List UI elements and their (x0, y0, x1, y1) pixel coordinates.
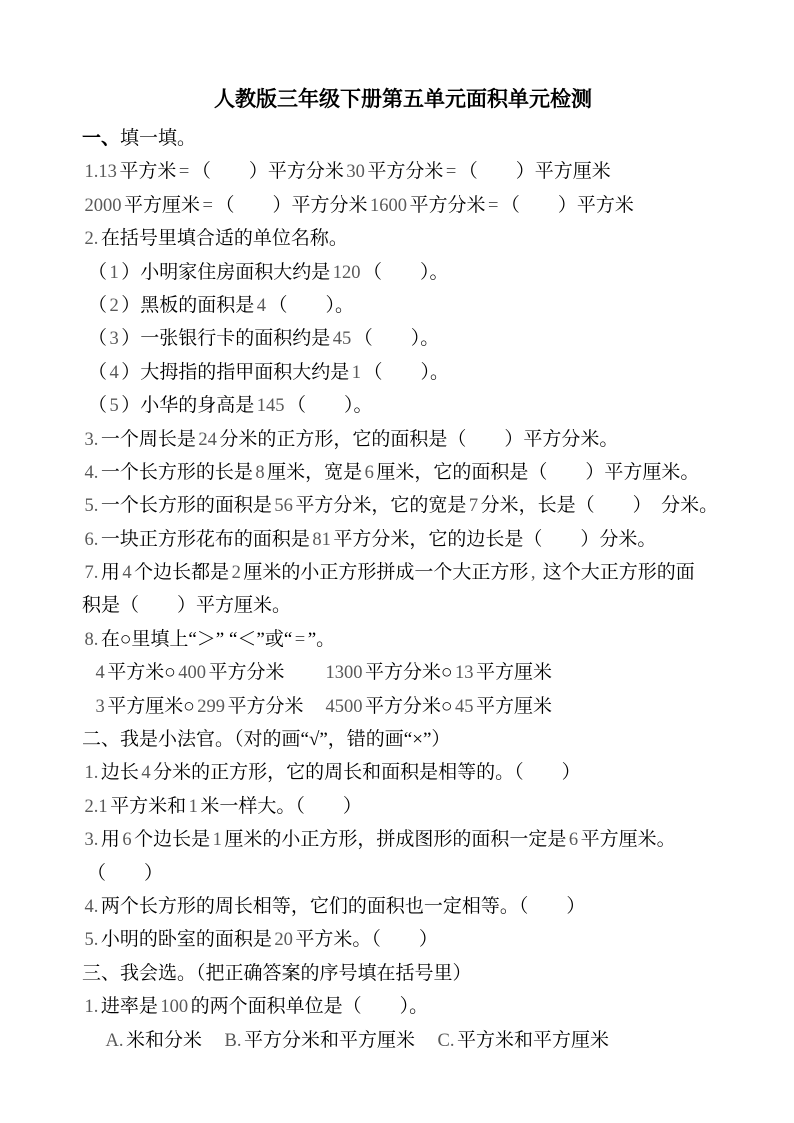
question-line: 4.一个长方形的长是8厘米，宽是6厘米，它的面积是（ ）平方厘米。 (82, 456, 724, 489)
sub-question-line: （3）一张银行卡的面积约是45（ ）。 (82, 322, 724, 355)
judge-question-line: 2.1平方米和1米一样大。（ ） (82, 790, 724, 823)
question-line-wrap-first: 7.用4个边长都是2厘米的小正方形拼成一个大正方形, 这个大正方形的面 (82, 556, 724, 589)
question-line-wrap-second: 积是（ ）平方厘米。 (82, 589, 724, 622)
question-line: 3.一个周长是24分米的正方形，它的面积是（ ）平方分米。 (82, 423, 724, 456)
worksheet-page: 人教版三年级下册第五单元面积单元检测 一、填一填。 1.13平方米=（ ）平方分… (0, 0, 794, 1123)
section-3-header: 三、我会选。（把正确答案的序号填在括号里） (82, 957, 724, 990)
conversion-right: 1600平方分米=（ ）平方米 (367, 195, 633, 216)
compare-left: 4平方米○400平方分米 (93, 656, 323, 690)
question-line-unit-conversion-2: 2000平方厘米=（ ）平方分米1600平方分米=（ ）平方米 (82, 189, 724, 222)
section-3-label: 我会选。（把正确答案的序号填在括号里） (120, 963, 472, 984)
conversion-left: 1.13平方米=（ ）平方分米 (82, 155, 344, 189)
option-b: B.平方分米和平方厘米 (222, 1030, 415, 1051)
section-1-label: 填一填。 (120, 128, 196, 149)
sub-question-line: （4）大拇指的指甲面积大约是1（ ）。 (82, 356, 724, 389)
question-line-compare-prompt: 8.在○里填上“＞” “＜”或“=”。 (82, 623, 724, 656)
sub-question-line: （1）小明家住房面积大约是120（ ）。 (82, 256, 724, 289)
compare-right: 1300平方分米○13平方厘米 (323, 662, 552, 683)
conversion-right: 30平方分米=（ ）平方厘米 (344, 161, 611, 182)
section-2-marker: 二、 (82, 729, 120, 750)
section-2-label: 我是小法官。（对的画“√”，错的画“×”） (120, 729, 450, 750)
compare-left: 3平方厘米○299平方分米 (93, 690, 323, 724)
question-line: 6.一块正方形花布的面积是81平方分米，它的边长是（ ）分米。 (82, 523, 724, 556)
section-1-header: 一、填一填。 (82, 122, 724, 155)
option-a: A.米和分米 (103, 1030, 202, 1051)
option-c: C.平方米和平方厘米 (435, 1030, 609, 1051)
compare-right: 4500平方分米○45平方厘米 (323, 696, 552, 717)
choice-options-line: A.米和分米B.平方分米和平方厘米C.平方米和平方厘米 (82, 1024, 724, 1057)
compare-line-2: 3平方厘米○299平方分米4500平方分米○45平方厘米 (82, 690, 724, 723)
judge-question-line-wrap-second: （ ） (82, 857, 724, 890)
sub-question-line: （2）黑板的面积是4（ ）。 (82, 289, 724, 322)
judge-question-line-wrap-first: 3.用6个边长是1厘米的小正方形，拼成图形的面积一定是6平方厘米。 (82, 823, 724, 856)
choice-question-line: 1.进率是100的两个面积单位是（ ）。 (82, 990, 724, 1023)
question-line: 5.一个长方形的面积是56平方分米，它的宽是7分米，长是（ ） 分米。 (82, 489, 724, 522)
section-1-marker: 一、 (82, 128, 120, 149)
worksheet-title: 人教版三年级下册第五单元面积单元检测 (82, 84, 724, 114)
judge-question-line: 4.两个长方形的周长相等，它们的面积也一定相等。（ ） (82, 890, 724, 923)
judge-question-line: 5.小明的卧室的面积是20平方米。（ ） (82, 923, 724, 956)
question-line-units-prompt: 2.在括号里填合适的单位名称。 (82, 222, 724, 255)
conversion-left: 2000平方厘米=（ ）平方分米 (82, 189, 367, 223)
judge-question-line: 1.边长4分米的正方形，它的周长和面积是相等的。（ ） (82, 756, 724, 789)
question-line-unit-conversion-1: 1.13平方米=（ ）平方分米30平方分米=（ ）平方厘米 (82, 155, 724, 188)
sub-question-line: （5）小华的身高是145（ ）。 (82, 389, 724, 422)
section-2-header: 二、我是小法官。（对的画“√”，错的画“×”） (82, 723, 724, 756)
compare-line-1: 4平方米○400平方分米1300平方分米○13平方厘米 (82, 656, 724, 689)
section-3-marker: 三、 (82, 963, 120, 984)
